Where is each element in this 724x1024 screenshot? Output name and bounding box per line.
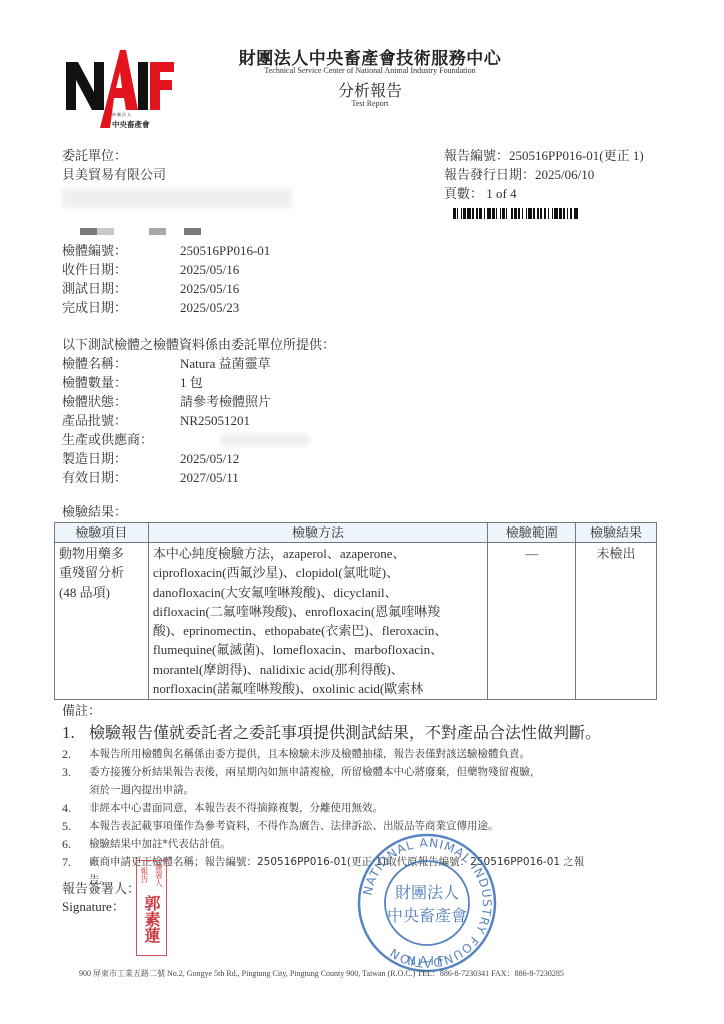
method-line: flumequine(氟滅菌)、lomefloxacin、marbofloxac… <box>153 640 483 659</box>
sample-state-label: 檢體狀態： <box>62 392 127 411</box>
client-label: 委託單位： <box>62 146 127 165</box>
note-number: 5. <box>62 817 89 835</box>
redacted-manufacturer <box>220 434 310 446</box>
table-header-row: 檢驗項目 檢驗方法 檢驗範圍 檢驗結果 <box>55 523 657 543</box>
logo-sub-big: 中央畜產會 <box>112 119 150 130</box>
batch-no-label: 產品批號： <box>62 411 127 430</box>
report-title-en: Test Report <box>200 99 540 108</box>
sample-info-intro: 以下測試檢體之檢體資料係由委託單位所提供： <box>62 335 335 354</box>
report-number: 報告編號：250516PP016-01(更正 1) <box>444 146 644 165</box>
svg-text:財團法人: 財團法人 <box>395 883 459 902</box>
stamp-title: 報告簽署人 <box>137 861 166 887</box>
svg-text:中央畜產會: 中央畜產會 <box>387 906 467 925</box>
foundation-seal: NATIONAL ANIMAL INDUSTRY FOUNDATION 財團法人… <box>356 832 498 974</box>
note-text: 本報告所用檢體與名稱係由委方提供，且本檢驗未涉及檢體抽樣，報告表僅對該送驗檢體負… <box>89 745 662 763</box>
mfg-date-label: 製造日期： <box>62 449 127 468</box>
report-title-cn: 分析報告 <box>200 78 540 101</box>
note-text-line: 委方接獲分析結果報告表後，兩星期內如無申請複檢，所留檢體本中心將廢棄，但藥物殘留… <box>89 766 541 778</box>
test-date-value: 2025/05/16 <box>180 279 239 298</box>
cell-item: 動物用藥多 重殘留分析 (48 品項) <box>55 543 149 700</box>
signature-label-cn: 報告簽署人： <box>62 879 140 898</box>
method-line: danofloxacin(大安氟喹啉羧酸)、dicyclanil、 <box>153 583 483 602</box>
note-item: 2. 本報告所用檢體與名稱係由委方提供，且本檢驗未涉及檢體抽樣，報告表僅對該送驗… <box>62 745 662 763</box>
note-text: 檢驗報告僅就委託者之委託事項提供測試結果，不對產品合法性做判斷。 <box>89 720 662 745</box>
barcode <box>453 208 623 219</box>
sample-no-label: 檢體編號： <box>62 241 127 260</box>
sample-name-value: Natura 益菌靈草 <box>180 354 271 373</box>
stamp-name: 郭素蓮 <box>142 889 161 949</box>
col-header-method: 檢驗方法 <box>148 523 487 543</box>
page-count-label: 頁數： <box>444 186 483 201</box>
signature-stamp: 報告簽署人 郭素蓮 <box>136 860 167 956</box>
cell-range: — <box>488 543 576 700</box>
exp-date-value: 2027/05/11 <box>180 468 239 487</box>
col-header-range: 檢驗範圍 <box>488 523 576 543</box>
test-date-label: 測試日期： <box>62 279 127 298</box>
redacted-pixel <box>97 228 114 235</box>
sample-qty-label: 檢體數量： <box>62 373 127 392</box>
col-header-item: 檢驗項目 <box>55 523 149 543</box>
redacted-pixel <box>184 228 201 235</box>
svg-text:NATIONAL ANIMAL INDUSTRY FOUND: NATIONAL ANIMAL INDUSTRY FOUNDATION <box>360 836 494 970</box>
results-table: 檢驗項目 檢驗方法 檢驗範圍 檢驗結果 動物用藥多 重殘留分析 (48 品項) … <box>54 522 657 700</box>
issue-date-value: 2025/06/10 <box>535 167 594 182</box>
complete-date-value: 2025/05/23 <box>180 298 239 317</box>
redacted-pixel <box>149 228 166 235</box>
barcode-bar <box>578 208 579 219</box>
item-line: 動物用藥多 <box>59 544 144 563</box>
org-name-en: Technical Service Center of National Ani… <box>200 66 540 75</box>
item-line: 重殘留分析 <box>59 563 144 582</box>
note-item: 4. 非經本中心書面同意，本報告表不得摘錄複製，分離使用無效。 <box>62 799 662 817</box>
notes-title: 備註： <box>62 702 662 720</box>
note-number: 1. <box>62 720 89 745</box>
note-item: 1. 檢驗報告僅就委託者之委託事項提供測試結果，不對產品合法性做判斷。 <box>62 720 662 745</box>
note-number: 6. <box>62 835 89 853</box>
sample-name-label: 檢體名稱： <box>62 354 127 373</box>
note-item: 3. 委方接獲分析結果報告表後，兩星期內如無申請複檢，所留檢體本中心將廢棄，但藥… <box>62 763 662 799</box>
method-line: 酸)、eprinomectin、ethopabate(衣索巴)、fleroxac… <box>153 621 483 640</box>
results-title: 檢驗結果： <box>62 502 127 521</box>
logo-sub-small: 財團法人 <box>112 112 150 118</box>
report-number-value: 250516PP016-01(更正 1) <box>509 148 644 163</box>
item-line: (48 品項) <box>59 583 144 602</box>
sample-state-value: 請參考檢體照片 <box>180 392 271 411</box>
client-name: 貝美貿易有限公司 <box>62 165 166 184</box>
footer-address: 900 屏東市工業五路二號 No.2, Gongye 5th Rd., Ping… <box>79 968 564 979</box>
redacted-address <box>62 188 292 208</box>
page-count: 頁數： 1 of 4 <box>444 184 517 203</box>
logo-subtitle: 財團法人 中央畜產會 <box>112 112 150 130</box>
method-line: morantel(摩朗得)、nalidixic acid(那利得酸)、 <box>153 660 483 679</box>
cell-method: 本中心純度檢驗方法，azaperol、azaperone、 ciprofloxa… <box>148 543 487 700</box>
note-number: 4. <box>62 799 89 817</box>
received-date-value: 2025/05/16 <box>180 260 239 279</box>
mfg-date-value: 2025/05/12 <box>180 449 239 468</box>
note-text: 非經本中心書面同意，本報告表不得摘錄複製，分離使用無效。 <box>89 799 662 817</box>
redacted-pixel <box>80 228 97 235</box>
method-line: norfloxacin(諾氟喹啉羧酸)、oxolinic acid(歐索林 <box>153 679 483 698</box>
note-text: 委方接獲分析結果報告表後，兩星期內如無申請複檢，所留檢體本中心將廢棄，但藥物殘留… <box>89 763 662 799</box>
report-number-label: 報告編號： <box>444 148 509 163</box>
cell-result: 未檢出 <box>576 543 657 700</box>
page-count-value: 1 of 4 <box>486 186 516 201</box>
method-line: 本中心純度檢驗方法，azaperol、azaperone、 <box>153 544 483 563</box>
col-header-result: 檢驗結果 <box>576 523 657 543</box>
sample-qty-value: 1 包 <box>180 373 203 392</box>
exp-date-label: 有效日期： <box>62 468 127 487</box>
signature-label-en: Signature： <box>62 897 125 916</box>
svg-text:NAIF: NAIF <box>407 954 447 968</box>
received-date-label: 收件日期： <box>62 260 127 279</box>
method-line: ciprofloxacin(西氟沙星)、clopidol(氯吡啶)、 <box>153 563 483 582</box>
issue-date-label: 報告發行日期： <box>444 167 535 182</box>
note-number: 2. <box>62 745 89 763</box>
batch-no-value: NR25051201 <box>180 411 250 430</box>
manufacturer-label: 生產或供應商： <box>62 430 153 449</box>
sample-no-value: 250516PP016-01 <box>180 241 270 260</box>
method-line: difloxacin(二氟喹啉羧酸)、enrofloxacin(恩氟喹啉羧 <box>153 602 483 621</box>
issue-date: 報告發行日期：2025/06/10 <box>444 165 594 184</box>
note-text-cont: 須於一週內提出申請。 <box>89 784 194 796</box>
complete-date-label: 完成日期： <box>62 298 127 317</box>
table-row: 動物用藥多 重殘留分析 (48 品項) 本中心純度檢驗方法，azaperol、a… <box>55 543 657 700</box>
note-number: 3. <box>62 763 89 799</box>
